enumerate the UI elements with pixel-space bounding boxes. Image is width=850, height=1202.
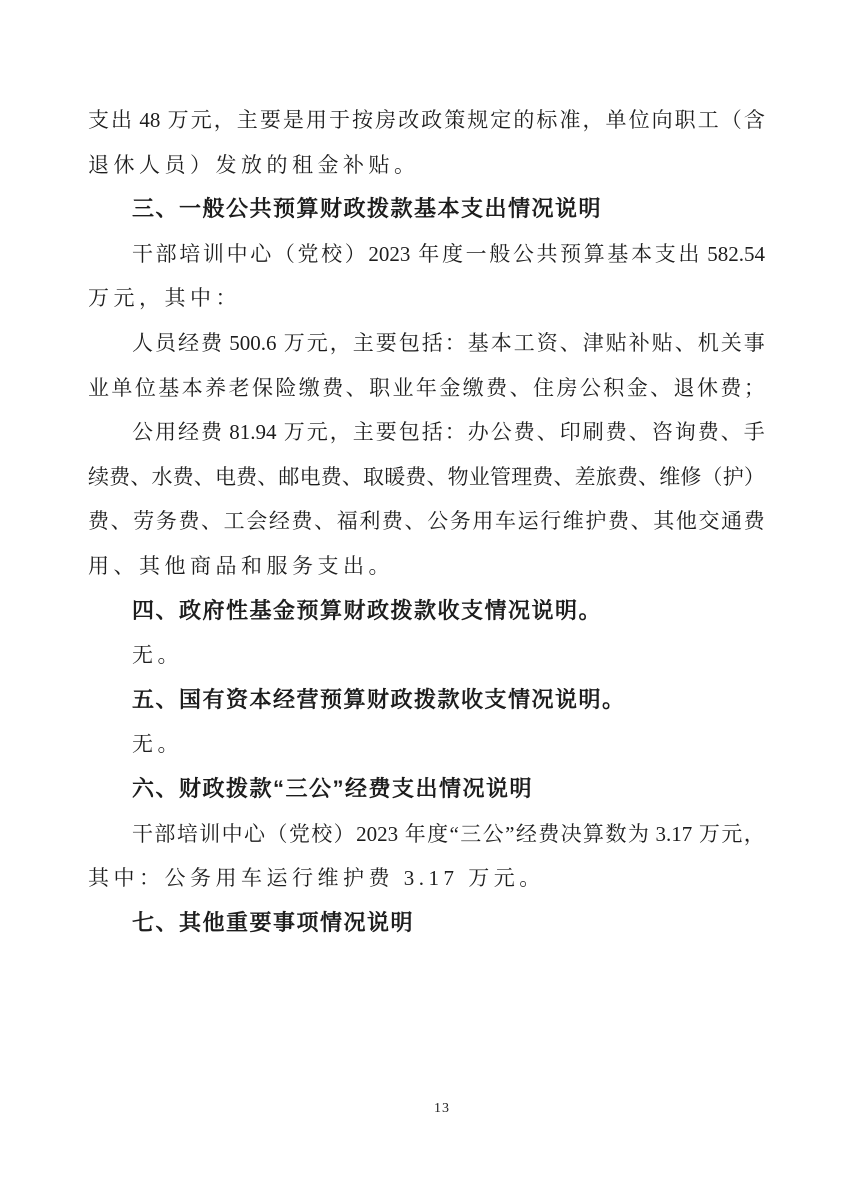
section-heading: 四、政府性基金预算财政拨款收支情况说明。 (88, 589, 765, 634)
document-page: 支出 48 万元，主要是用于按房改政策规定的标准，单位向职工（含退休人员）发放的… (0, 0, 850, 1202)
body-text-line: 费、劳务费、工会经费、福利费、公务用车运行维护费、其他交通费 (88, 499, 765, 544)
body-text-line: 续费、水费、电费、邮电费、取暖费、物业管理费、差旅费、维修（护） (88, 455, 765, 500)
section-heading: 七、其他重要事项情况说明 (88, 901, 765, 946)
body-text-line: 干部培训中心（党校）2023 年度“三公”经费决算数为 3.17 万元， (88, 812, 765, 857)
body-text-line: 人员经费 500.6 万元，主要包括：基本工资、津贴补贴、机关事 (88, 321, 765, 366)
page-number: 13 (392, 1099, 492, 1119)
body-text-line: 业单位基本养老保险缴费、职业年金缴费、住房公积金、退休费； (88, 366, 765, 411)
body-text-line: 无。 (88, 633, 765, 678)
section-heading: 六、财政拨款“三公”经费支出情况说明 (88, 767, 765, 812)
body-text-line: 其中：公务用车运行维护费 3.17 万元。 (88, 856, 765, 901)
section-heading: 五、国有资本经营预算财政拨款收支情况说明。 (88, 678, 765, 723)
body-text-line: 无。 (88, 722, 765, 767)
body-text-line: 用、其他商品和服务支出。 (88, 544, 765, 589)
section-heading: 三、一般公共预算财政拨款基本支出情况说明 (88, 187, 765, 232)
body-text-line: 万元，其中： (88, 276, 765, 321)
document-content: 支出 48 万元，主要是用于按房改政策规定的标准，单位向职工（含退休人员）发放的… (88, 98, 765, 945)
body-text-line: 公用经费 81.94 万元，主要包括：办公费、印刷费、咨询费、手 (88, 410, 765, 455)
body-text-line: 退休人员）发放的租金补贴。 (88, 143, 765, 188)
body-text-line: 干部培训中心（党校）2023 年度一般公共预算基本支出 582.54 (88, 232, 765, 277)
body-text-line: 支出 48 万元，主要是用于按房改政策规定的标准，单位向职工（含 (88, 98, 765, 143)
